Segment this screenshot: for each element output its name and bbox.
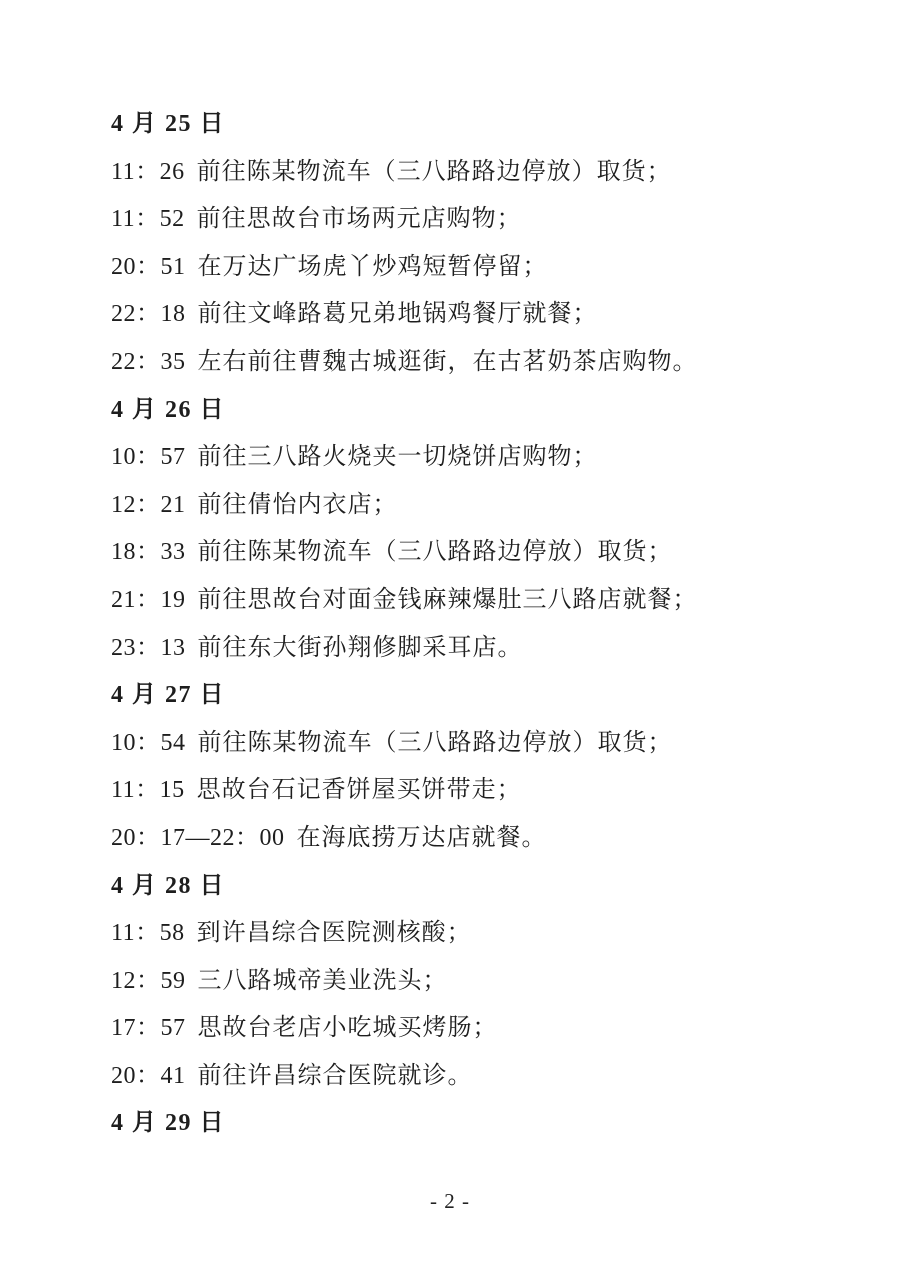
schedule-entry: 11：15思故台石记香饼屋买饼带走； bbox=[111, 767, 870, 815]
entry-text: 前往陈某物流车（三八路路边停放）取货； bbox=[198, 730, 673, 756]
entry-time: 20：41 bbox=[111, 1063, 186, 1089]
date-heading: 4 月 25 日 bbox=[111, 101, 870, 149]
entry-time: 11：58 bbox=[111, 920, 185, 946]
schedule-entry: 18：33前往陈某物流车（三八路路边停放）取货； bbox=[111, 529, 870, 577]
page-footer: - 2 - bbox=[0, 1188, 900, 1214]
entry-text: 前往东大街孙翔修脚采耳店。 bbox=[198, 635, 523, 661]
date-heading: 4 月 26 日 bbox=[111, 387, 870, 435]
entry-time: 10：57 bbox=[111, 444, 186, 470]
entry-text: 前往文峰路葛兄弟地锅鸡餐厅就餐； bbox=[198, 301, 598, 327]
entry-time: 11：52 bbox=[111, 206, 185, 232]
entry-text: 思故台石记香饼屋买饼带走； bbox=[197, 777, 522, 803]
schedule-entry: 20：17—22：00在海底捞万达店就餐。 bbox=[111, 815, 870, 863]
entry-time: 12：21 bbox=[111, 492, 186, 518]
entry-text: 思故台老店小吃城买烤肠； bbox=[198, 1015, 498, 1041]
schedule-entry: 12：21前往倩怡内衣店； bbox=[111, 482, 870, 530]
entry-time: 18：33 bbox=[111, 539, 186, 565]
entry-time: 23：13 bbox=[111, 635, 186, 661]
entry-text: 前往倩怡内衣店； bbox=[198, 492, 398, 518]
entry-time: 21：19 bbox=[111, 587, 186, 613]
entry-time: 10：54 bbox=[111, 730, 186, 756]
document-page: 4 月 25 日11：26前往陈某物流车（三八路路边停放）取货；11：52前往思… bbox=[0, 0, 900, 1282]
date-heading: 4 月 29 日 bbox=[111, 1100, 870, 1148]
schedule-entry: 12：59三八路城帝美业洗头； bbox=[111, 958, 870, 1006]
schedule-entry: 21：19前往思故台对面金钱麻辣爆肚三八路店就餐； bbox=[111, 577, 870, 625]
schedule-entry: 10：54前往陈某物流车（三八路路边停放）取货； bbox=[111, 720, 870, 768]
schedule-entry: 22：35左右前往曹魏古城逛街，在古茗奶茶店购物。 bbox=[111, 339, 870, 387]
entry-text: 前往陈某物流车（三八路路边停放）取货； bbox=[197, 159, 672, 185]
schedule-entry: 11：52前往思故台市场两元店购物； bbox=[111, 196, 870, 244]
schedule-entry: 22：18前往文峰路葛兄弟地锅鸡餐厅就餐； bbox=[111, 291, 870, 339]
entry-time: 12：59 bbox=[111, 968, 186, 994]
entry-text: 三八路城帝美业洗头； bbox=[198, 968, 448, 994]
entry-time: 22：35 bbox=[111, 349, 186, 375]
entry-text: 前往思故台市场两元店购物； bbox=[197, 206, 522, 232]
entry-text: 到许昌综合医院测核酸； bbox=[197, 920, 472, 946]
entry-time: 20：17—22：00 bbox=[111, 825, 285, 851]
schedule-entry: 11：26前往陈某物流车（三八路路边停放）取货； bbox=[111, 149, 870, 197]
entry-time: 17：57 bbox=[111, 1015, 186, 1041]
entry-text: 前往许昌综合医院就诊。 bbox=[198, 1063, 473, 1089]
entry-time: 11：26 bbox=[111, 159, 185, 185]
entry-time: 22：18 bbox=[111, 301, 186, 327]
schedule-entry: 20：41前往许昌综合医院就诊。 bbox=[111, 1053, 870, 1101]
schedule-entry: 10：57前往三八路火烧夹一切烧饼店购物； bbox=[111, 434, 870, 482]
date-heading: 4 月 27 日 bbox=[111, 672, 870, 720]
entry-text: 前往陈某物流车（三八路路边停放）取货； bbox=[198, 539, 673, 565]
entry-time: 11：15 bbox=[111, 777, 185, 803]
entry-text: 在万达广场虎丫炒鸡短暂停留； bbox=[198, 254, 548, 280]
entry-time: 20：51 bbox=[111, 254, 186, 280]
schedule-entry: 23：13前往东大街孙翔修脚采耳店。 bbox=[111, 625, 870, 673]
entry-text: 左右前往曹魏古城逛街，在古茗奶茶店购物。 bbox=[198, 349, 698, 375]
date-heading: 4 月 28 日 bbox=[111, 863, 870, 911]
schedule-content: 4 月 25 日11：26前往陈某物流车（三八路路边停放）取货；11：52前往思… bbox=[111, 101, 870, 1148]
schedule-entry: 11：58到许昌综合医院测核酸； bbox=[111, 910, 870, 958]
schedule-entry: 17：57思故台老店小吃城买烤肠； bbox=[111, 1005, 870, 1053]
schedule-entry: 20：51在万达广场虎丫炒鸡短暂停留； bbox=[111, 244, 870, 292]
entry-text: 在海底捞万达店就餐。 bbox=[297, 825, 547, 851]
entry-text: 前往思故台对面金钱麻辣爆肚三八路店就餐； bbox=[198, 587, 698, 613]
entry-text: 前往三八路火烧夹一切烧饼店购物； bbox=[198, 444, 598, 470]
page-number: - 2 - bbox=[430, 1189, 470, 1213]
